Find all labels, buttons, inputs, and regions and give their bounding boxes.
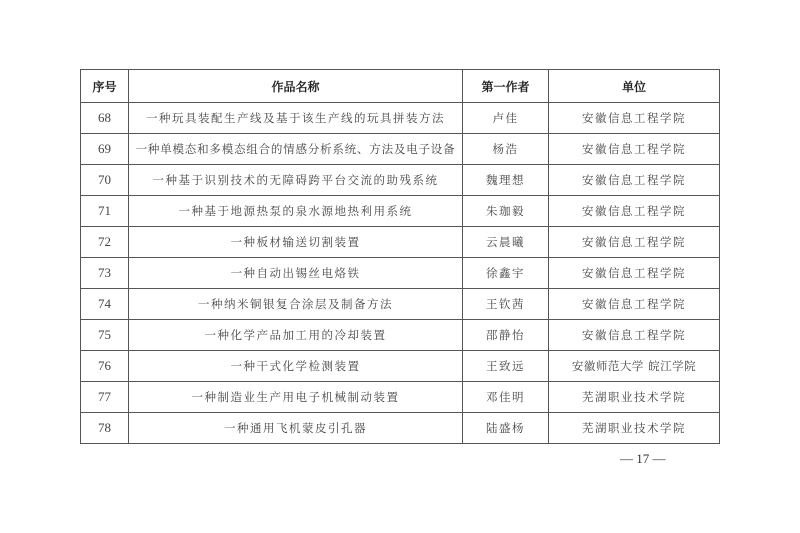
cell-first-author: 王钦茜	[463, 289, 549, 320]
table-row: 71 一种基于地源热泵的泉水源地热利用系统 朱珈毅 安徽信息工程学院	[81, 196, 720, 227]
header-first-author: 第一作者	[463, 70, 549, 103]
table-header-row: 序号 作品名称 第一作者 单位	[81, 70, 720, 103]
table-row: 69 一种单模态和多模态组合的情感分析系统、方法及电子设备 杨浩 安徽信息工程学…	[81, 134, 720, 165]
cell-first-author: 邓佳明	[463, 382, 549, 413]
page-number: — 17 —	[620, 451, 666, 467]
cell-first-author: 云晨曦	[463, 227, 549, 258]
awards-table-container: 序号 作品名称 第一作者 单位 68 一种玩具装配生产线及基于该生产线的玩具拼装…	[80, 69, 719, 444]
cell-first-author: 魏理想	[463, 165, 549, 196]
cell-work-title: 一种板材输送切割装置	[129, 227, 463, 258]
cell-work-title: 一种基于地源热泵的泉水源地热利用系统	[129, 196, 463, 227]
cell-serial-number: 68	[81, 103, 129, 134]
cell-first-author: 徐鑫宇	[463, 258, 549, 289]
cell-first-author: 邵静怡	[463, 320, 549, 351]
cell-work-title: 一种通用飞机蒙皮引孔器	[129, 413, 463, 444]
table-row: 75 一种化学产品加工用的冷却装置 邵静怡 安徽信息工程学院	[81, 320, 720, 351]
cell-serial-number: 74	[81, 289, 129, 320]
cell-work-title: 一种单模态和多模态组合的情感分析系统、方法及电子设备	[129, 134, 463, 165]
cell-work-title: 一种玩具装配生产线及基于该生产线的玩具拼装方法	[129, 103, 463, 134]
cell-work-title: 一种基于识别技术的无障碍跨平台交流的助残系统	[129, 165, 463, 196]
cell-institution: 芜湖职业技术学院	[549, 413, 720, 444]
cell-serial-number: 71	[81, 196, 129, 227]
header-work-title: 作品名称	[129, 70, 463, 103]
cell-institution: 安徽信息工程学院	[549, 103, 720, 134]
cell-serial-number: 77	[81, 382, 129, 413]
cell-institution: 安徽信息工程学院	[549, 320, 720, 351]
cell-serial-number: 73	[81, 258, 129, 289]
table-row: 72 一种板材输送切割装置 云晨曦 安徽信息工程学院	[81, 227, 720, 258]
cell-institution: 安徽信息工程学院	[549, 165, 720, 196]
table-row: 70 一种基于识别技术的无障碍跨平台交流的助残系统 魏理想 安徽信息工程学院	[81, 165, 720, 196]
cell-work-title: 一种化学产品加工用的冷却装置	[129, 320, 463, 351]
cell-work-title: 一种制造业生产用电子机械制动装置	[129, 382, 463, 413]
cell-institution: 安徽师范大学 皖江学院	[549, 351, 720, 382]
table-row: 74 一种纳米铜银复合涂层及制备方法 王钦茜 安徽信息工程学院	[81, 289, 720, 320]
cell-serial-number: 72	[81, 227, 129, 258]
table-row: 78 一种通用飞机蒙皮引孔器 陆盛杨 芜湖职业技术学院	[81, 413, 720, 444]
cell-serial-number: 69	[81, 134, 129, 165]
cell-first-author: 王致远	[463, 351, 549, 382]
cell-work-title: 一种自动出锡丝电烙铁	[129, 258, 463, 289]
cell-serial-number: 76	[81, 351, 129, 382]
cell-institution: 安徽信息工程学院	[549, 196, 720, 227]
cell-institution: 安徽信息工程学院	[549, 134, 720, 165]
header-serial-number: 序号	[81, 70, 129, 103]
table-row: 73 一种自动出锡丝电烙铁 徐鑫宇 安徽信息工程学院	[81, 258, 720, 289]
table-row: 68 一种玩具装配生产线及基于该生产线的玩具拼装方法 卢佳 安徽信息工程学院	[81, 103, 720, 134]
table-row: 76 一种干式化学检测装置 王致远 安徽师范大学 皖江学院	[81, 351, 720, 382]
cell-institution: 芜湖职业技术学院	[549, 382, 720, 413]
cell-first-author: 陆盛杨	[463, 413, 549, 444]
cell-serial-number: 75	[81, 320, 129, 351]
cell-work-title: 一种纳米铜银复合涂层及制备方法	[129, 289, 463, 320]
cell-institution: 安徽信息工程学院	[549, 289, 720, 320]
cell-institution: 安徽信息工程学院	[549, 227, 720, 258]
cell-work-title: 一种干式化学检测装置	[129, 351, 463, 382]
awards-table: 序号 作品名称 第一作者 单位 68 一种玩具装配生产线及基于该生产线的玩具拼装…	[80, 69, 720, 444]
cell-serial-number: 70	[81, 165, 129, 196]
table-row: 77 一种制造业生产用电子机械制动装置 邓佳明 芜湖职业技术学院	[81, 382, 720, 413]
cell-first-author: 朱珈毅	[463, 196, 549, 227]
cell-first-author: 卢佳	[463, 103, 549, 134]
cell-first-author: 杨浩	[463, 134, 549, 165]
cell-institution: 安徽信息工程学院	[549, 258, 720, 289]
header-institution: 单位	[549, 70, 720, 103]
cell-serial-number: 78	[81, 413, 129, 444]
